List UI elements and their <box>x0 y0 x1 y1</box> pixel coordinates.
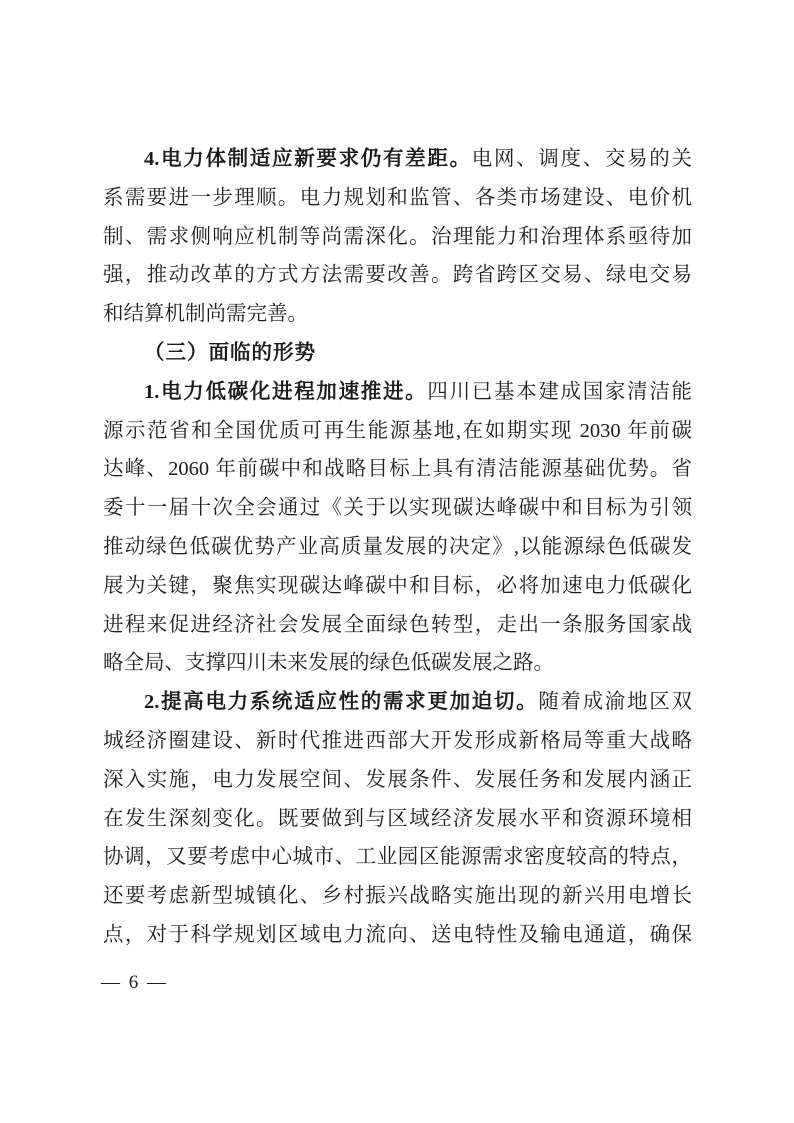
line-text: 点，对于科学规划区域电力流向、送电特性及输电通道，确保 <box>103 924 692 946</box>
text-line: 协调，又要考虑中心城市、工业园区能源需求密度较高的特点， <box>103 838 692 877</box>
text-line: 委十一届十次全会通过《关于以实现碳达峰碳中和目标为引领 <box>103 489 692 528</box>
line-text: 强，推动改革的方式方法需要改善。跨省跨区交易、绿电交易 <box>103 264 692 286</box>
document-body: 4.电力体制适应新要求仍有差距。电网、调度、交易的关 系需要进一步理顺。电力规划… <box>103 140 692 955</box>
line-text: 和结算机制尚需完善。 <box>103 303 308 325</box>
line-text: 达峰、2060 年前碳中和战略目标上具有清洁能源基础优势。省 <box>103 458 692 480</box>
text-line: 系需要进一步理顺。电力规划和监管、各类市场建设、电价机 <box>103 179 692 218</box>
text-line: 达峰、2060 年前碳中和战略目标上具有清洁能源基础优势。省 <box>103 450 692 489</box>
text-line: 还要考虑新型城镇化、乡村振兴战略实施出现的新兴用电增长 <box>103 877 692 916</box>
text-line: 制、需求侧响应机制等尚需深化。治理能力和治理体系亟待加 <box>103 218 692 257</box>
line-text: 协调，又要考虑中心城市、工业园区能源需求密度较高的特点， <box>103 846 692 868</box>
text-line: 1.电力低碳化进程加速推进。四川已基本建成国家清洁能 <box>103 373 692 412</box>
text-line: 展为关键，聚焦实现碳达峰碳中和目标，必将加速电力低碳化 <box>103 567 692 606</box>
line-text: 电网、调度、交易的关 <box>472 148 692 170</box>
text-line: 略全局、支撑四川未来发展的绿色低碳发展之路。 <box>103 644 692 683</box>
text-line: 推动绿色低碳优势产业高质量发展的决定》,以能源绿色低碳发 <box>103 528 692 567</box>
text-line: 在发生深刻变化。既要做到与区域经济发展水平和资源环境相 <box>103 800 692 839</box>
bold-lead: 4.电力体制适应新要求仍有差距。 <box>144 148 472 170</box>
line-text: 城经济圈建设、新时代推进西部大开发形成新格局等重大战略 <box>103 730 692 752</box>
text-line: 2.提高电力系统适应性的需求更加迫切。随着成渝地区双 <box>103 683 692 722</box>
text-line: 和结算机制尚需完善。 <box>103 295 692 334</box>
bold-lead: 2.提高电力系统适应性的需求更加迫切。 <box>144 691 538 713</box>
section-heading: （三）面临的形势 <box>103 334 692 373</box>
text-line: 点，对于科学规划区域电力流向、送电特性及输电通道，确保 <box>103 916 692 955</box>
line-text: 还要考虑新型城镇化、乡村振兴战略实施出现的新兴用电增长 <box>103 885 692 907</box>
line-text: 随着成渝地区双 <box>538 691 692 713</box>
line-text: 制、需求侧响应机制等尚需深化。治理能力和治理体系亟待加 <box>103 226 692 248</box>
text-line: 强，推动改革的方式方法需要改善。跨省跨区交易、绿电交易 <box>103 256 692 295</box>
line-text: 系需要进一步理顺。电力规划和监管、各类市场建设、电价机 <box>103 187 692 209</box>
line-text: 展为关键，聚焦实现碳达峰碳中和目标，必将加速电力低碳化 <box>103 575 692 597</box>
page-number: — 6 — <box>101 971 168 995</box>
line-text: 委十一届十次全会通过《关于以实现碳达峰碳中和目标为引领 <box>103 497 692 519</box>
line-text: 进程来促进经济社会发展全面绿色转型，走出一条服务国家战 <box>103 614 692 636</box>
text-line: 深入实施，电力发展空间、发展条件、发展任务和发展内涵正 <box>103 761 692 800</box>
line-text: 推动绿色低碳优势产业高质量发展的决定》,以能源绿色低碳发 <box>103 536 692 558</box>
text-line: 进程来促进经济社会发展全面绿色转型，走出一条服务国家战 <box>103 606 692 645</box>
line-text: 略全局、支撑四川未来发展的绿色低碳发展之路。 <box>103 652 554 674</box>
bold-lead: 1.电力低碳化进程加速推进。 <box>144 381 427 403</box>
line-text: 四川已基本建成国家清洁能 <box>427 381 692 403</box>
text-line: 4.电力体制适应新要求仍有差距。电网、调度、交易的关 <box>103 140 692 179</box>
line-text: 深入实施，电力发展空间、发展条件、发展任务和发展内涵正 <box>103 769 692 791</box>
line-text: 在发生深刻变化。既要做到与区域经济发展水平和资源环境相 <box>103 808 692 830</box>
document-page: 4.电力体制适应新要求仍有差距。电网、调度、交易的关 系需要进一步理顺。电力规划… <box>0 0 794 1123</box>
line-text: 源示范省和全国优质可再生能源基地,在如期实现 2030 年前碳 <box>103 420 692 442</box>
text-line: 城经济圈建设、新时代推进西部大开发形成新格局等重大战略 <box>103 722 692 761</box>
text-line: 源示范省和全国优质可再生能源基地,在如期实现 2030 年前碳 <box>103 412 692 451</box>
heading-text: （三）面临的形势 <box>144 342 316 364</box>
